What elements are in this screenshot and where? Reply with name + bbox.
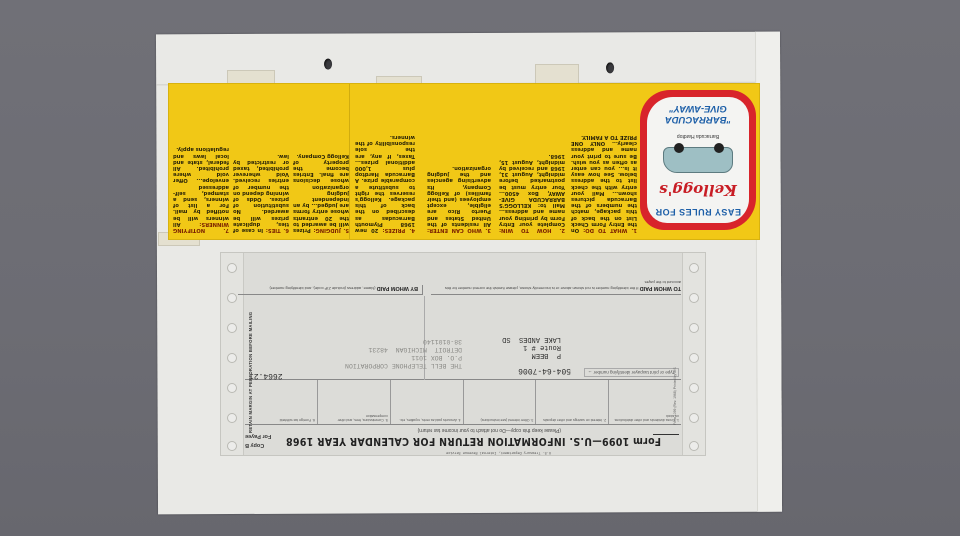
form-body: U.S. Treasury Department, Internal Reven… <box>245 253 681 455</box>
form-column: 3. Other interest (see instructions) <box>463 380 536 424</box>
form-print-note: Form 1099 (Rev. 1968) Printed by IRS <box>673 367 677 425</box>
form-column: 2. Interest on savings and other deposit… <box>535 380 608 424</box>
rule-panel-6: 6. TIES: In case of ties, duplicate priz… <box>233 90 289 233</box>
form-column: 6. Foreign tax withheld <box>245 380 317 424</box>
rule-panel-2: 2. HOW TO WIN: Complete your Entry Form … <box>499 90 565 233</box>
form-column: 1. Gross dividends and other distributio… <box>608 380 681 424</box>
rule-panel-5: 5. JUDGING: Prizes will be awarded to th… <box>293 90 349 233</box>
kelloggs-logo: Kellogg's <box>659 181 737 199</box>
to-whom-paid: TO WHOM PAID If the identifying number i… <box>431 280 681 295</box>
punch-hole-right <box>606 62 614 73</box>
form-column: 4. Amounts paid as rents, royalties, etc… <box>390 380 463 424</box>
payer-address: THE BELL TELEPHONE CORPORATIONP.O. BOX 1… <box>345 337 462 369</box>
taxpayer-id-number: 504-64-7006 <box>518 366 571 375</box>
kelloggs-badge: EASY RULES FOR Kellogg's Barracuda Hardt… <box>640 90 756 230</box>
form-keep-note: (Please keep this copy—Do not attach to … <box>418 427 561 433</box>
rule-panel-7: 7. NOTIFYING WINNERS: All winners will b… <box>173 90 229 233</box>
badge-headline: "BARRACUDA GIVE-AWAY" <box>651 103 745 125</box>
form-right-margin <box>682 253 705 455</box>
form-1099: U.S. Treasury Department, Internal Reven… <box>220 252 706 456</box>
form-column: 5. Commissions, fees, and other compensa… <box>317 380 390 424</box>
punch-hole-left <box>324 59 332 70</box>
rule-panel-4: 4. PRIZES: 20 new 1968 Plymouth Barracud… <box>355 90 415 233</box>
form-copy-label: Copy B For Payee <box>245 431 271 449</box>
amount-paid: 2664.21 <box>249 371 283 380</box>
perforation-note: RETAIN MARGIN AT PERFORATION BEFORE MAIL… <box>248 312 253 433</box>
car-icon <box>663 147 733 173</box>
form-agency: U.S. Treasury Department, Internal Reven… <box>446 450 551 454</box>
form-amount-grid: 1. Gross dividends and other distributio… <box>245 379 681 425</box>
badge-subtitle: Barracuda Hardtop <box>677 133 719 139</box>
tin-label: Type or print taxpayer identifying numbe… <box>584 368 679 377</box>
rule-panel-3: 3. WHO CAN ENTER: All residents of the U… <box>427 90 491 233</box>
form-title: Form 1099—U.S. INFORMATION RETURN FOR CA… <box>286 435 661 447</box>
by-whom-paid: BY WHOM PAID (Name, address (include ZIP… <box>238 285 423 295</box>
badge-title: EASY RULES FOR <box>655 207 741 217</box>
rule-panel-1: 1. WHAT TO DO: On the Entry Form Check L… <box>571 90 637 233</box>
form-left-margin <box>221 253 244 455</box>
recipient-address: P BEEMRoute # 1LAKE ANDES SD <box>502 335 561 359</box>
